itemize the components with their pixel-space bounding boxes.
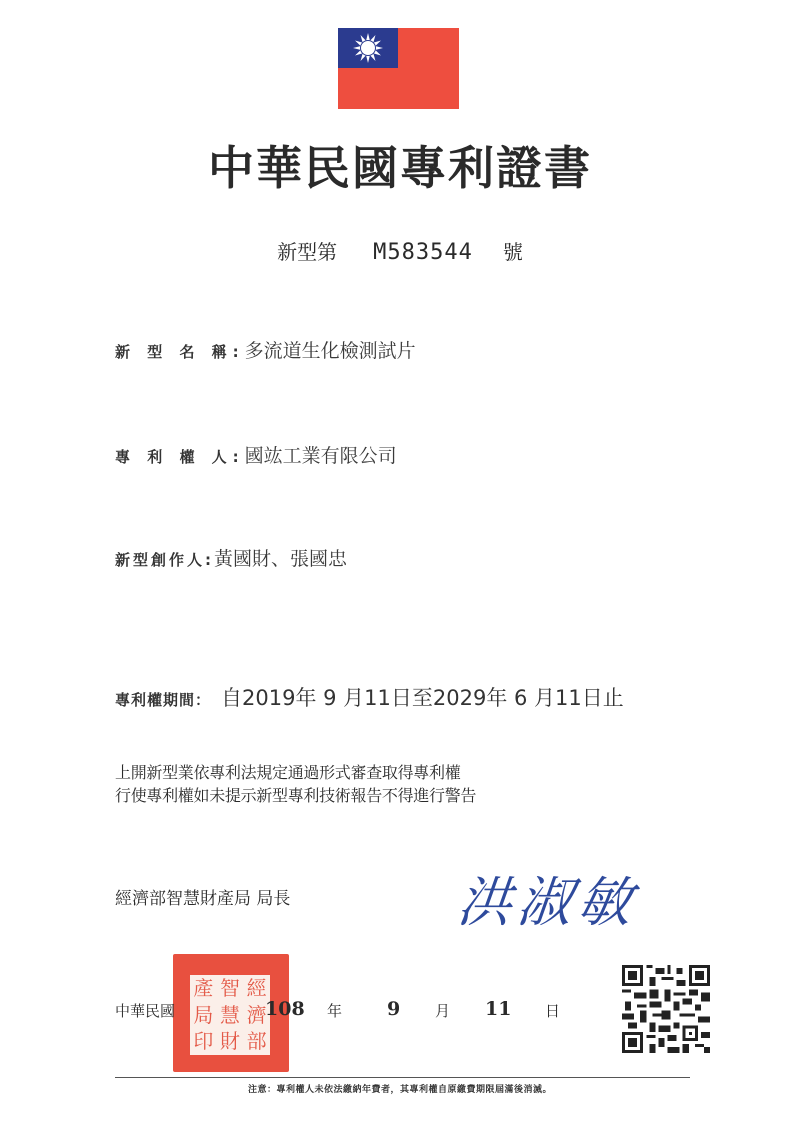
issue-day: 11 <box>485 998 511 1020</box>
field-value: 多流道生化檢測試片 <box>245 340 416 362</box>
issuing-agency: 經濟部智慧財產局 局長 <box>115 884 290 909</box>
footnote: 注意：專利權人未依法繳納年費者，其專利權自原繳費期限屆滿後消滅。 <box>0 1082 800 1095</box>
issue-date-era: 中華民國 <box>115 1002 175 1020</box>
issue-day-unit: 日 <box>545 1000 560 1021</box>
patent-number-line: 新型第M583544號 <box>0 236 800 265</box>
field-label: 專 利 權 人: <box>115 448 245 466</box>
white-sun-icon <box>350 32 386 64</box>
roc-flag <box>338 28 459 109</box>
seal-char: 部 <box>243 1028 270 1055</box>
issue-month: 9 <box>387 998 400 1020</box>
qr-code-icon <box>622 965 710 1053</box>
patent-number: M583544 <box>373 240 473 265</box>
seal-char: 財 <box>217 1028 244 1055</box>
seal-inscription: 產 智 經 局 慧 濟 印 財 部 <box>190 975 270 1055</box>
field-creators: 新型創作人:黃國財、張國忠 <box>115 544 347 571</box>
field-label: 新 型 名 稱: <box>115 343 245 361</box>
field-value: 黃國財、張國忠 <box>214 548 347 570</box>
field-value: 國竑工業有限公司 <box>245 445 397 467</box>
patent-number-suffix: 號 <box>503 240 523 264</box>
seal-char: 印 <box>190 1028 217 1055</box>
footer-divider <box>115 1077 690 1078</box>
seal-char: 產 <box>190 975 217 1002</box>
patent-term: 專利權期間：自2019年 9 月11日至2029年 6 月11日止 <box>115 682 624 712</box>
field-model-name: 新 型 名 稱:多流道生化檢測試片 <box>115 336 416 363</box>
seal-char: 智 <box>217 975 244 1002</box>
director-signature: 洪淑敏 <box>454 860 642 937</box>
field-patentee: 專 利 權 人:國竑工業有限公司 <box>115 441 397 468</box>
seal-char: 局 <box>190 1002 217 1029</box>
notice-line-2: 行使專利權如未提示新型專利技術報告不得進行警告 <box>115 783 476 806</box>
notice-line-1: 上開新型業依專利法規定通過形式審查取得專利權 <box>115 760 460 783</box>
field-label: 新型創作人: <box>115 551 214 569</box>
patent-term-value: 自2019年 9 月11日至2029年 6 月11日止 <box>221 686 624 710</box>
seal-char: 慧 <box>217 1002 244 1029</box>
issue-date: 中華民國 108 年 9 月 11 日 <box>115 1000 175 1021</box>
patent-term-label: 專利權期間： <box>115 691 211 709</box>
patent-number-prefix: 新型第 <box>277 240 337 264</box>
issue-month-unit: 月 <box>435 1000 450 1021</box>
issue-year: 108 <box>265 998 305 1020</box>
certificate-title: 中華民國專利證書 <box>0 132 800 198</box>
issue-year-unit: 年 <box>327 1000 342 1021</box>
